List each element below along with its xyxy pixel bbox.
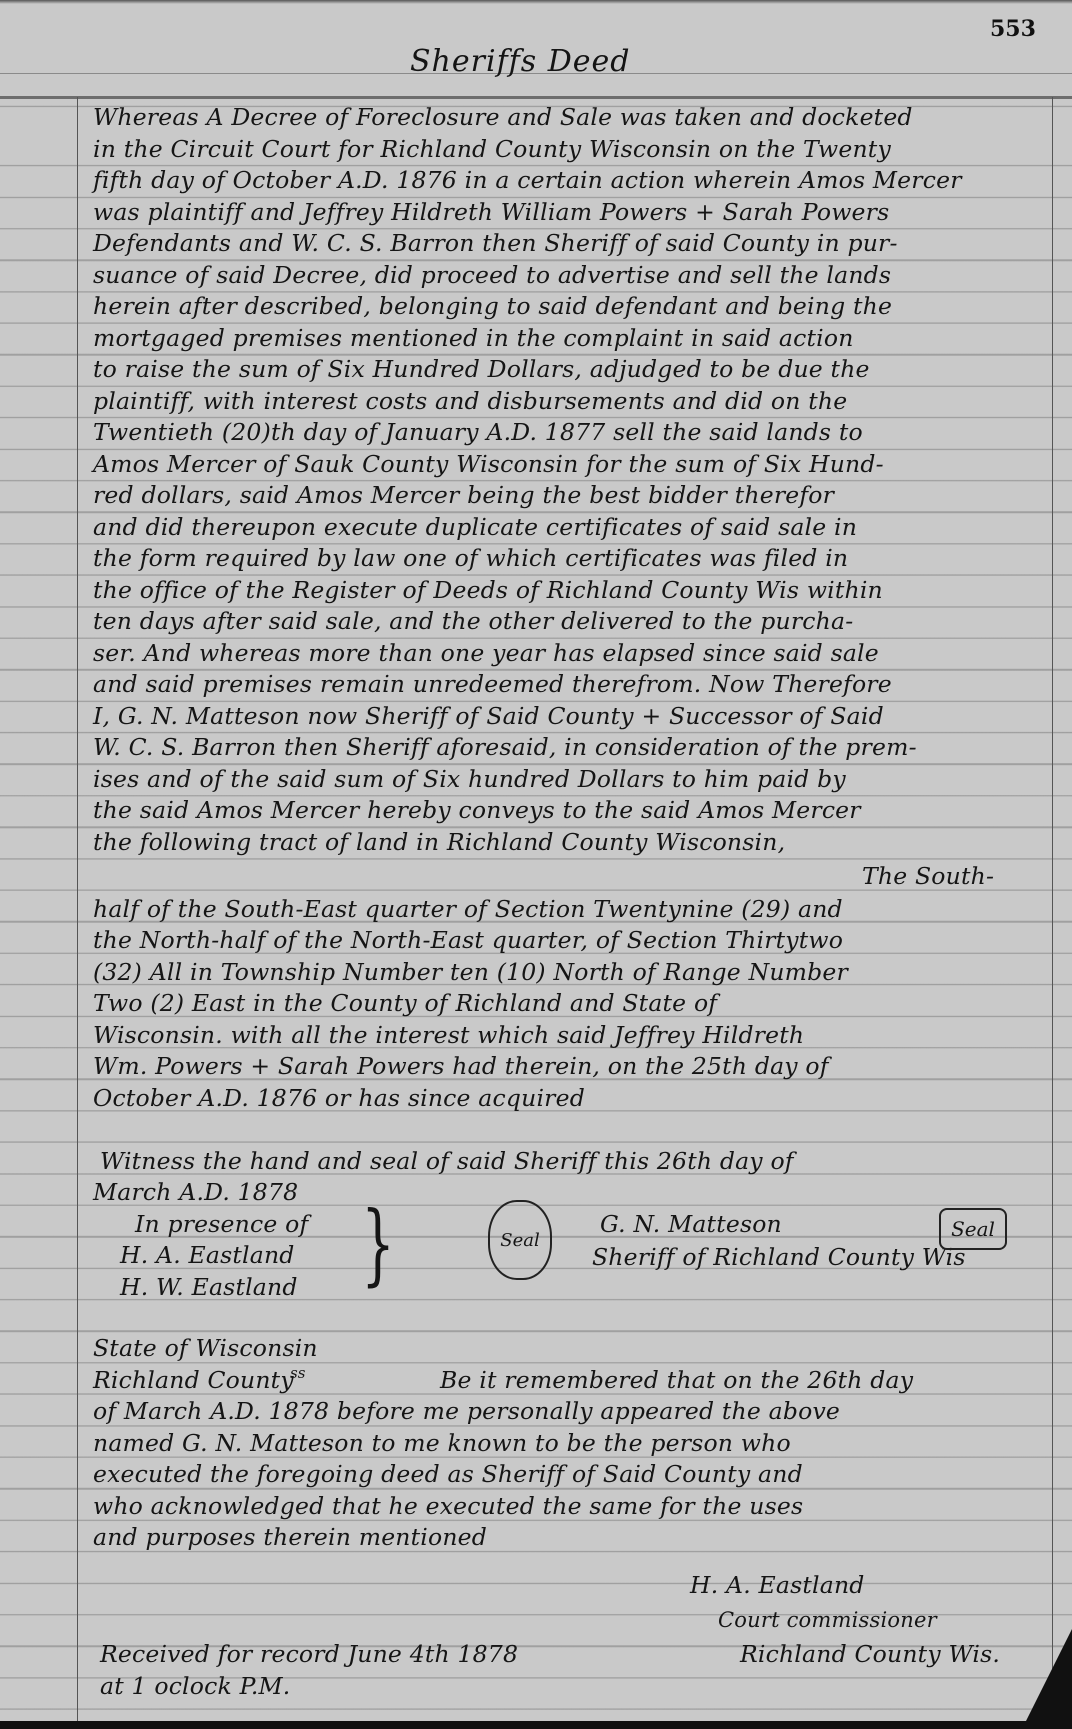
- venue-county: Richland County: [93, 1366, 294, 1394]
- body-line: Whereas A Decree of Foreclosure and Sale…: [93, 103, 913, 131]
- right-margin-rule: [1052, 97, 1053, 1729]
- ack-line: named G. N. Matteson to me known to be t…: [93, 1429, 791, 1457]
- commissioner-county: Richland County Wis.: [740, 1640, 1000, 1668]
- ack-line: who acknowledged that he executed the sa…: [93, 1492, 803, 1520]
- body-line: in the Circuit Court for Richland County…: [93, 135, 891, 163]
- scan-top-edge: [0, 0, 1072, 4]
- right-brace-icon: }: [361, 1200, 395, 1288]
- body-line: herein after described, belonging to sai…: [93, 292, 892, 320]
- seal-left: Seal: [488, 1200, 552, 1280]
- witness-line: March A.D. 1878: [93, 1178, 298, 1206]
- sheriff-title: Sheriff of Richland County Wis: [592, 1243, 966, 1271]
- body-line: ises and of the said sum of Six hundred …: [93, 765, 846, 793]
- commissioner-title: Court commissioner: [718, 1608, 937, 1632]
- ack-line: Be it remembered that on the 26th day: [440, 1366, 913, 1394]
- body-line: the office of the Register of Deeds of R…: [93, 576, 883, 604]
- ledger-page: 553 Sheriffs Deed Whereas A Decree of Fo…: [0, 0, 1072, 1729]
- seal-right: Seal: [939, 1208, 1007, 1250]
- land-line: the North-half of the North-East quarter…: [93, 926, 843, 954]
- page-title: Sheriffs Deed: [410, 44, 630, 79]
- body-line: fifth day of October A.D. 1876 in a cert…: [93, 166, 962, 194]
- body-line: the said Amos Mercer hereby conveys to t…: [93, 796, 861, 824]
- body-line: suance of said Decree, did proceed to ad…: [93, 261, 891, 289]
- land-line: Wm. Powers + Sarah Powers had therein, o…: [93, 1052, 829, 1080]
- land-line: (32) All in Township Number ten (10) Nor…: [93, 958, 848, 986]
- sheriff-signature: G. N. Matteson: [600, 1210, 782, 1238]
- left-margin-rule: [77, 97, 78, 1729]
- land-line: Two (2) East in the County of Richland a…: [93, 989, 717, 1017]
- ss-mark: ss: [290, 1364, 305, 1382]
- body-line: W. C. S. Barron then Sheriff aforesaid, …: [93, 733, 917, 761]
- body-line: mortgaged premises mentioned in the comp…: [93, 324, 854, 352]
- witness-signature: H. A. Eastland: [120, 1241, 295, 1269]
- witness-signature: H. W. Eastland: [120, 1273, 298, 1301]
- ack-line: and purposes therein mentioned: [93, 1523, 487, 1551]
- scan-corner-shadow: [1022, 1629, 1072, 1729]
- body-line: Amos Mercer of Sauk County Wisconsin for…: [93, 450, 884, 478]
- body-line: and said premises remain unredeemed ther…: [93, 670, 892, 698]
- body-line: Defendants and W. C. S. Barron then Sher…: [93, 229, 898, 257]
- land-line: half of the South-East quarter of Sectio…: [93, 895, 843, 923]
- body-line: I, G. N. Matteson now Sheriff of Said Co…: [93, 702, 884, 730]
- body-line: ser. And whereas more than one year has …: [93, 639, 879, 667]
- body-line: Twentieth (20)th day of January A.D. 187…: [93, 418, 863, 446]
- body-line: ten days after said sale, and the other …: [93, 607, 853, 635]
- page-number: 553: [990, 16, 1036, 42]
- body-line: to raise the sum of Six Hundred Dollars,…: [93, 355, 870, 383]
- header-heavy-rule: [0, 96, 1072, 99]
- body-line: the form required by law one of which ce…: [93, 544, 848, 572]
- ack-line: of March A.D. 1878 before me personally …: [93, 1397, 840, 1425]
- land-description-intro: The South-: [862, 862, 994, 890]
- venue-state: State of Wisconsin: [93, 1334, 318, 1362]
- recording-received: Received for record June 4th 1878: [100, 1640, 518, 1668]
- land-line: October A.D. 1876 or has since acquired: [93, 1084, 585, 1112]
- ack-line: executed the foregoing deed as Sheriff o…: [93, 1460, 803, 1488]
- witness-line: Witness the hand and seal of said Sherif…: [100, 1147, 794, 1175]
- body-line: the following tract of land in Richland …: [93, 828, 785, 856]
- presence-label: In presence of: [135, 1210, 308, 1238]
- scan-bottom-edge: [0, 1721, 1072, 1729]
- land-line: Wisconsin. with all the interest which s…: [93, 1021, 804, 1049]
- body-line: and did thereupon execute duplicate cert…: [93, 513, 857, 541]
- body-line: red dollars, said Amos Mercer being the …: [93, 481, 834, 509]
- recording-time: at 1 oclock P.M.: [100, 1672, 290, 1700]
- commissioner-signature: H. A. Eastland: [690, 1571, 865, 1599]
- body-line: was plaintiff and Jeffrey Hildreth Willi…: [93, 198, 889, 226]
- body-line: plaintiff, with interest costs and disbu…: [93, 387, 847, 415]
